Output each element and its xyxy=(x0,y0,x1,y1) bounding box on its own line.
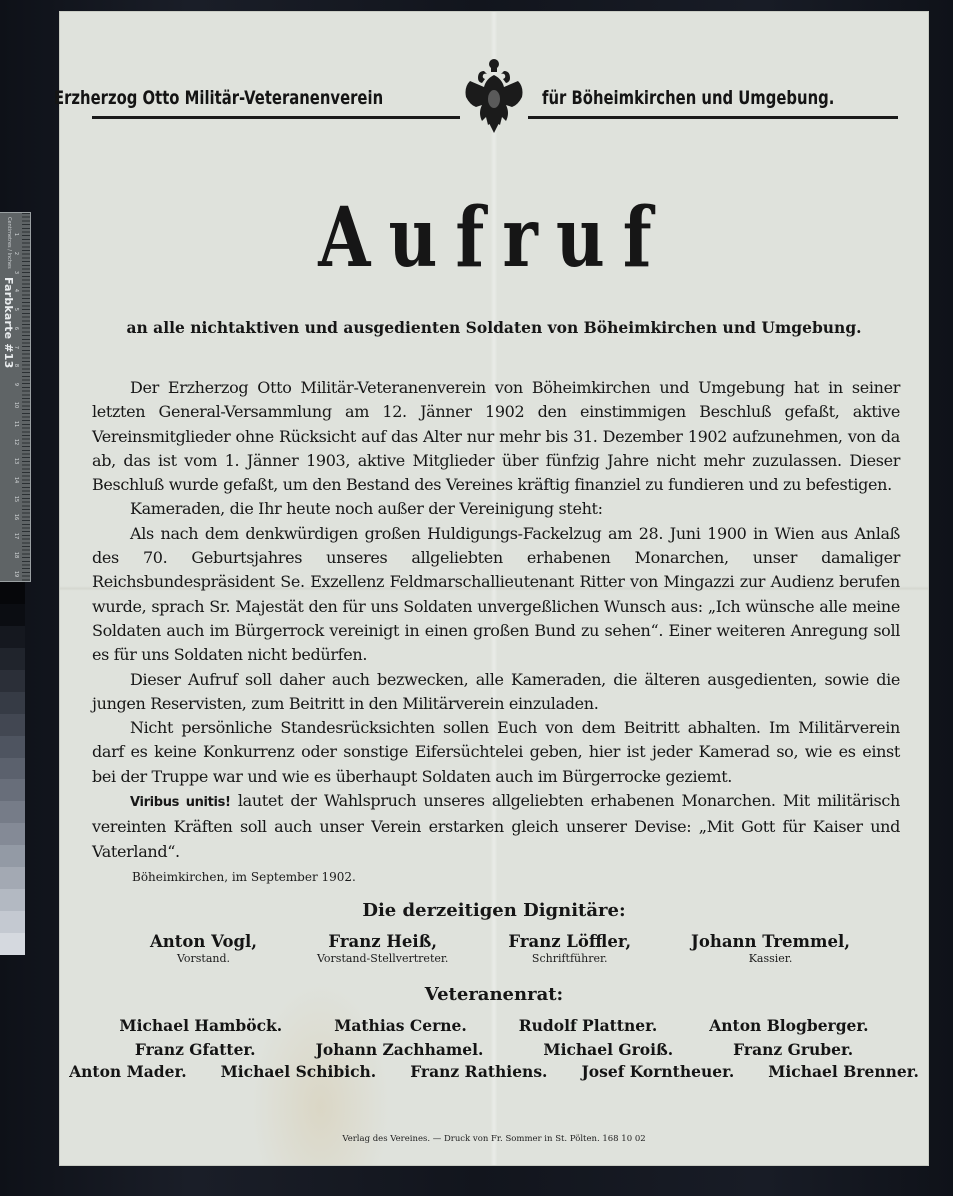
ruler-tick-label: 9 xyxy=(13,383,19,389)
paragraph: Nicht persönliche Standesrücksichten sol… xyxy=(92,716,900,789)
dignitary-name: Franz Heiß, xyxy=(317,932,448,951)
paragraph: Als nach dem denkwürdigen großen Huldigu… xyxy=(92,522,900,668)
poster-body: Der Erzherzog Otto Militär-Veteranenvere… xyxy=(92,376,900,864)
grayscale-step xyxy=(0,736,25,758)
poster-subtitle: an alle nichtaktiven und ausgedienten So… xyxy=(60,318,928,337)
dignitary-role: Vorstand. xyxy=(150,952,257,965)
council-member: Michael Hamböck. xyxy=(119,1016,282,1035)
dignitary: Franz Löffler, Schriftführer. xyxy=(508,932,631,965)
council-member: Josef Korntheuer. xyxy=(581,1062,734,1081)
ruler-tick-label: 5 xyxy=(13,308,19,314)
dignitary-name: Franz Löffler, xyxy=(508,932,631,951)
header-left-text: Erzherzog Otto Militär-Veteranenverein xyxy=(54,87,383,109)
double-headed-eagle-icon xyxy=(462,57,526,135)
grayscale-step xyxy=(0,582,25,604)
council-member: Michael Schibich. xyxy=(221,1062,377,1081)
grayscale-step xyxy=(0,714,25,736)
ruler-tick-label: 18 xyxy=(13,552,19,558)
dignitary-role: Schriftführer. xyxy=(508,952,631,965)
council-row: Franz Gfatter. Johann Zachhamel. Michael… xyxy=(60,1040,928,1059)
ruler-tick-label: 19 xyxy=(13,571,19,577)
dignitaries-heading: Die derzeitigen Dignitäre: xyxy=(60,900,928,921)
council-member: Franz Gruber. xyxy=(733,1040,853,1059)
council-member: Franz Rathiens. xyxy=(410,1062,547,1081)
grayscale-step xyxy=(0,670,25,692)
ruler-tick-label: 2 xyxy=(13,252,19,258)
ruler-ticks xyxy=(22,213,30,581)
poster-header: Erzherzog Otto Militär-Veteranenverein f… xyxy=(92,67,898,147)
dignitary: Franz Heiß, Vorstand-Stellvertreter. xyxy=(317,932,448,965)
dignitary-role: Kassier. xyxy=(691,952,850,965)
ruler-tick-label: 10 xyxy=(13,402,19,408)
printer-imprint: Verlag des Vereines. — Druck von Fr. Som… xyxy=(60,1134,928,1144)
grayscale-step xyxy=(0,867,25,889)
dignitary: Anton Vogl, Vorstand. xyxy=(150,932,257,965)
grayscale-step xyxy=(0,911,25,933)
grayscale-step xyxy=(0,604,25,626)
ruler-tick-label: 7 xyxy=(13,345,19,351)
ruler-tick-label: 13 xyxy=(13,458,19,464)
grayscale-step xyxy=(0,889,25,911)
paragraph: Kameraden, die Ihr heute noch außer der … xyxy=(92,497,900,521)
grayscale-step-wedge xyxy=(0,582,25,955)
council-member: Michael Brenner. xyxy=(768,1062,919,1081)
grayscale-step xyxy=(0,626,25,648)
grayscale-step xyxy=(0,692,25,714)
paragraph: Der Erzherzog Otto Militär-Veteranenvere… xyxy=(92,376,900,497)
grayscale-step xyxy=(0,648,25,670)
poster-title: Aufruf xyxy=(138,190,850,286)
ruler-tick-label: 11 xyxy=(13,420,19,426)
ruler-tick-label: 3 xyxy=(13,270,19,276)
council-member: Rudolf Plattner. xyxy=(519,1016,657,1035)
ruler-tick-labels: 12345678910111213141516171819 xyxy=(13,233,19,577)
council-row: Michael Hamböck. Mathias Cerne. Rudolf P… xyxy=(60,1016,928,1035)
grayscale-step xyxy=(0,933,25,955)
color-card-ruler: Centimetres / Inches Farbkarte #13 12345… xyxy=(0,212,31,582)
paragraph: Dieser Aufruf soll daher auch bezwecken,… xyxy=(92,668,900,717)
ruler-tick-label: 6 xyxy=(13,327,19,333)
ruler-tick-label: 14 xyxy=(13,477,19,483)
dignitaries-list: Anton Vogl, Vorstand. Franz Heiß, Vorsta… xyxy=(150,932,850,965)
grayscale-step xyxy=(0,779,25,801)
council-member: Michael Groiß. xyxy=(543,1040,673,1059)
header-right-text: für Böheimkirchen und Umgebung. xyxy=(542,87,834,109)
ruler-tick-label: 15 xyxy=(13,496,19,502)
place-date: Böheimkirchen, im September 1902. xyxy=(132,870,356,884)
ruler-tick-label: 16 xyxy=(13,514,19,520)
council-heading: Veteranenrat: xyxy=(60,984,928,1005)
grayscale-step xyxy=(0,758,25,780)
council-member: Anton Blogberger. xyxy=(709,1016,868,1035)
grayscale-step xyxy=(0,823,25,845)
grayscale-step xyxy=(0,801,25,823)
council-member: Mathias Cerne. xyxy=(334,1016,467,1035)
header-rule-left xyxy=(92,116,460,119)
ruler-tick-label: 1 xyxy=(13,233,19,239)
ruler-tick-label: 4 xyxy=(13,289,19,295)
ruler-tick-label: 12 xyxy=(13,439,19,445)
ruler-units: Centimetres / Inches xyxy=(6,217,12,269)
dignitary: Johann Tremmel, Kassier. xyxy=(691,932,850,965)
ruler-tick-label: 8 xyxy=(13,364,19,370)
closing-paragraph: Viribus unitis! lautet der Wahlspruch un… xyxy=(92,789,900,864)
ruler-tick-label: 17 xyxy=(13,533,19,539)
poster-sheet: Erzherzog Otto Militär-Veteranenverein f… xyxy=(60,12,928,1165)
council-row: Anton Mader. Michael Schibich. Franz Rat… xyxy=(60,1062,928,1081)
latin-motto: Viribus unitis! xyxy=(130,795,231,810)
dignitary-name: Johann Tremmel, xyxy=(691,932,850,951)
grayscale-step xyxy=(0,845,25,867)
council-member: Johann Zachhamel. xyxy=(316,1040,484,1059)
header-rule-right xyxy=(528,116,898,119)
dignitary-name: Anton Vogl, xyxy=(150,932,257,951)
dignitary-role: Vorstand-Stellvertreter. xyxy=(317,952,448,965)
council-member: Franz Gfatter. xyxy=(135,1040,256,1059)
council-member: Anton Mader. xyxy=(69,1062,187,1081)
